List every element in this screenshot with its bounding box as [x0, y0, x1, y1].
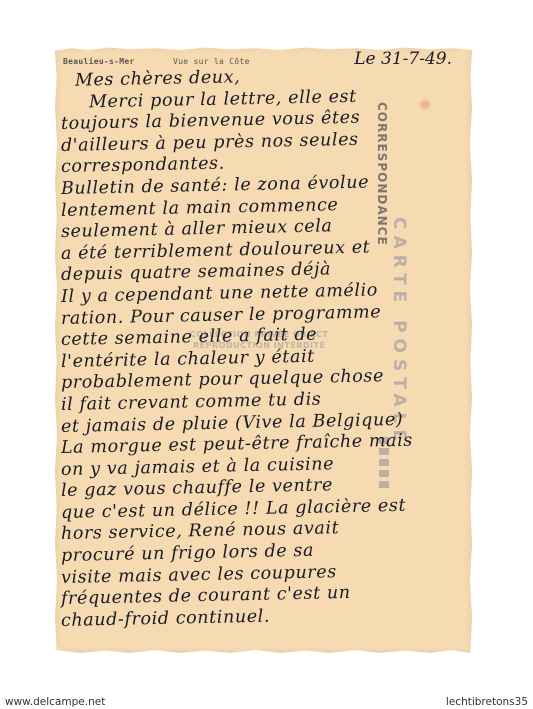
site-watermark: www.delcampe.net	[5, 696, 105, 708]
seller-name: lechtibretons35	[446, 696, 528, 708]
printed-place-caption: Beaulieu-s-Mer	[63, 57, 135, 66]
printed-view-caption: Vue sur la Côte	[173, 57, 250, 66]
postcard-back: Beaulieu-s-Mer Vue sur la Côte Le 31-7-4…	[55, 47, 472, 653]
handwritten-letter: Mes chères deux, Merci pour la lettre, e…	[61, 71, 461, 632]
